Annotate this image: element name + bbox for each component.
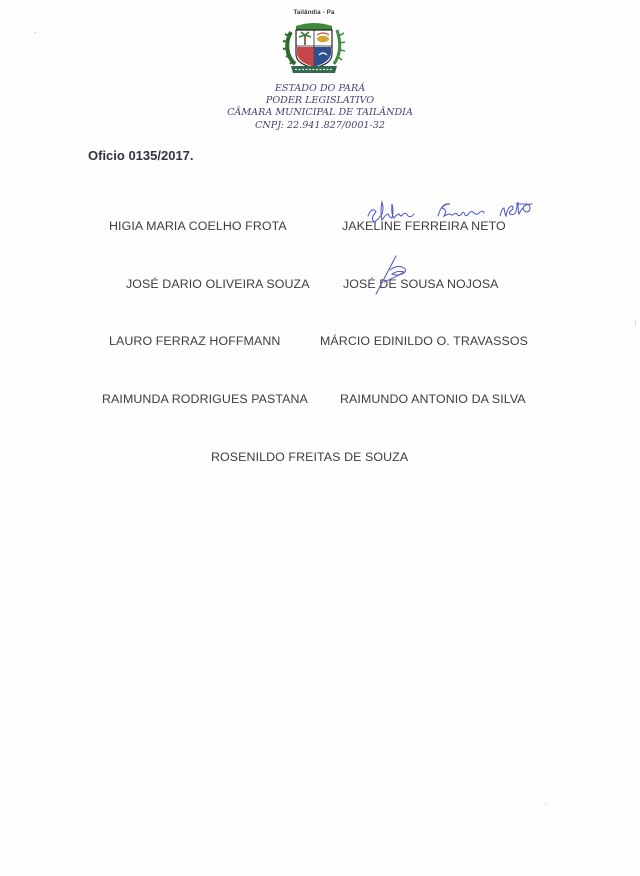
- document-page: Tailândia - Pa: [0, 0, 640, 876]
- header-chamber: CÂMARA MUNICIPAL DE TAILÂNDIA: [0, 107, 640, 119]
- signatory-name: RAIMUNDA RODRIGUES PASTANA: [102, 392, 308, 406]
- signature-jose-nojosa: [370, 252, 440, 298]
- document-reference: Oficio 0135/2017.: [88, 148, 194, 163]
- signatory-name: RAIMUNDO ANTONIO DA SILVA: [340, 392, 526, 406]
- scan-speck: [635, 320, 636, 326]
- letterhead: ESTADO DO PARÁ PODER LEGISLATIVO CÂMARA …: [0, 83, 640, 132]
- signatory-name: LAURO FERRAZ HOFFMANN: [109, 334, 280, 348]
- crest-shield-icon: [281, 10, 347, 76]
- header-cnpj: CNPJ: 22.941.827/0001-32: [0, 120, 640, 132]
- header-state: ESTADO DO PARÁ: [0, 83, 640, 95]
- header-power: PODER LEGISLATIVO: [0, 95, 640, 107]
- signatory-name: MÁRCIO EDINILDO O. TRAVASSOS: [320, 334, 528, 348]
- scan-speck: [545, 803, 547, 804]
- signatory-name: JOSÉ DARIO OLIVEIRA SOUZA: [126, 277, 310, 291]
- signatory-name: JAKELINE FERREIRA NETO: [342, 219, 506, 233]
- scan-speck: [34, 32, 36, 33]
- signatory-name: ROSENILDO FREITAS DE SOUZA: [211, 450, 408, 464]
- coat-of-arms-logo: Tailândia - Pa: [281, 10, 347, 76]
- signatory-name: HIGIA MARIA COELHO FROTA: [109, 219, 287, 233]
- crest-label: Tailândia - Pa: [281, 10, 347, 16]
- signatory-name: JOSÉ DE SOUSA NOJOSA: [343, 277, 499, 291]
